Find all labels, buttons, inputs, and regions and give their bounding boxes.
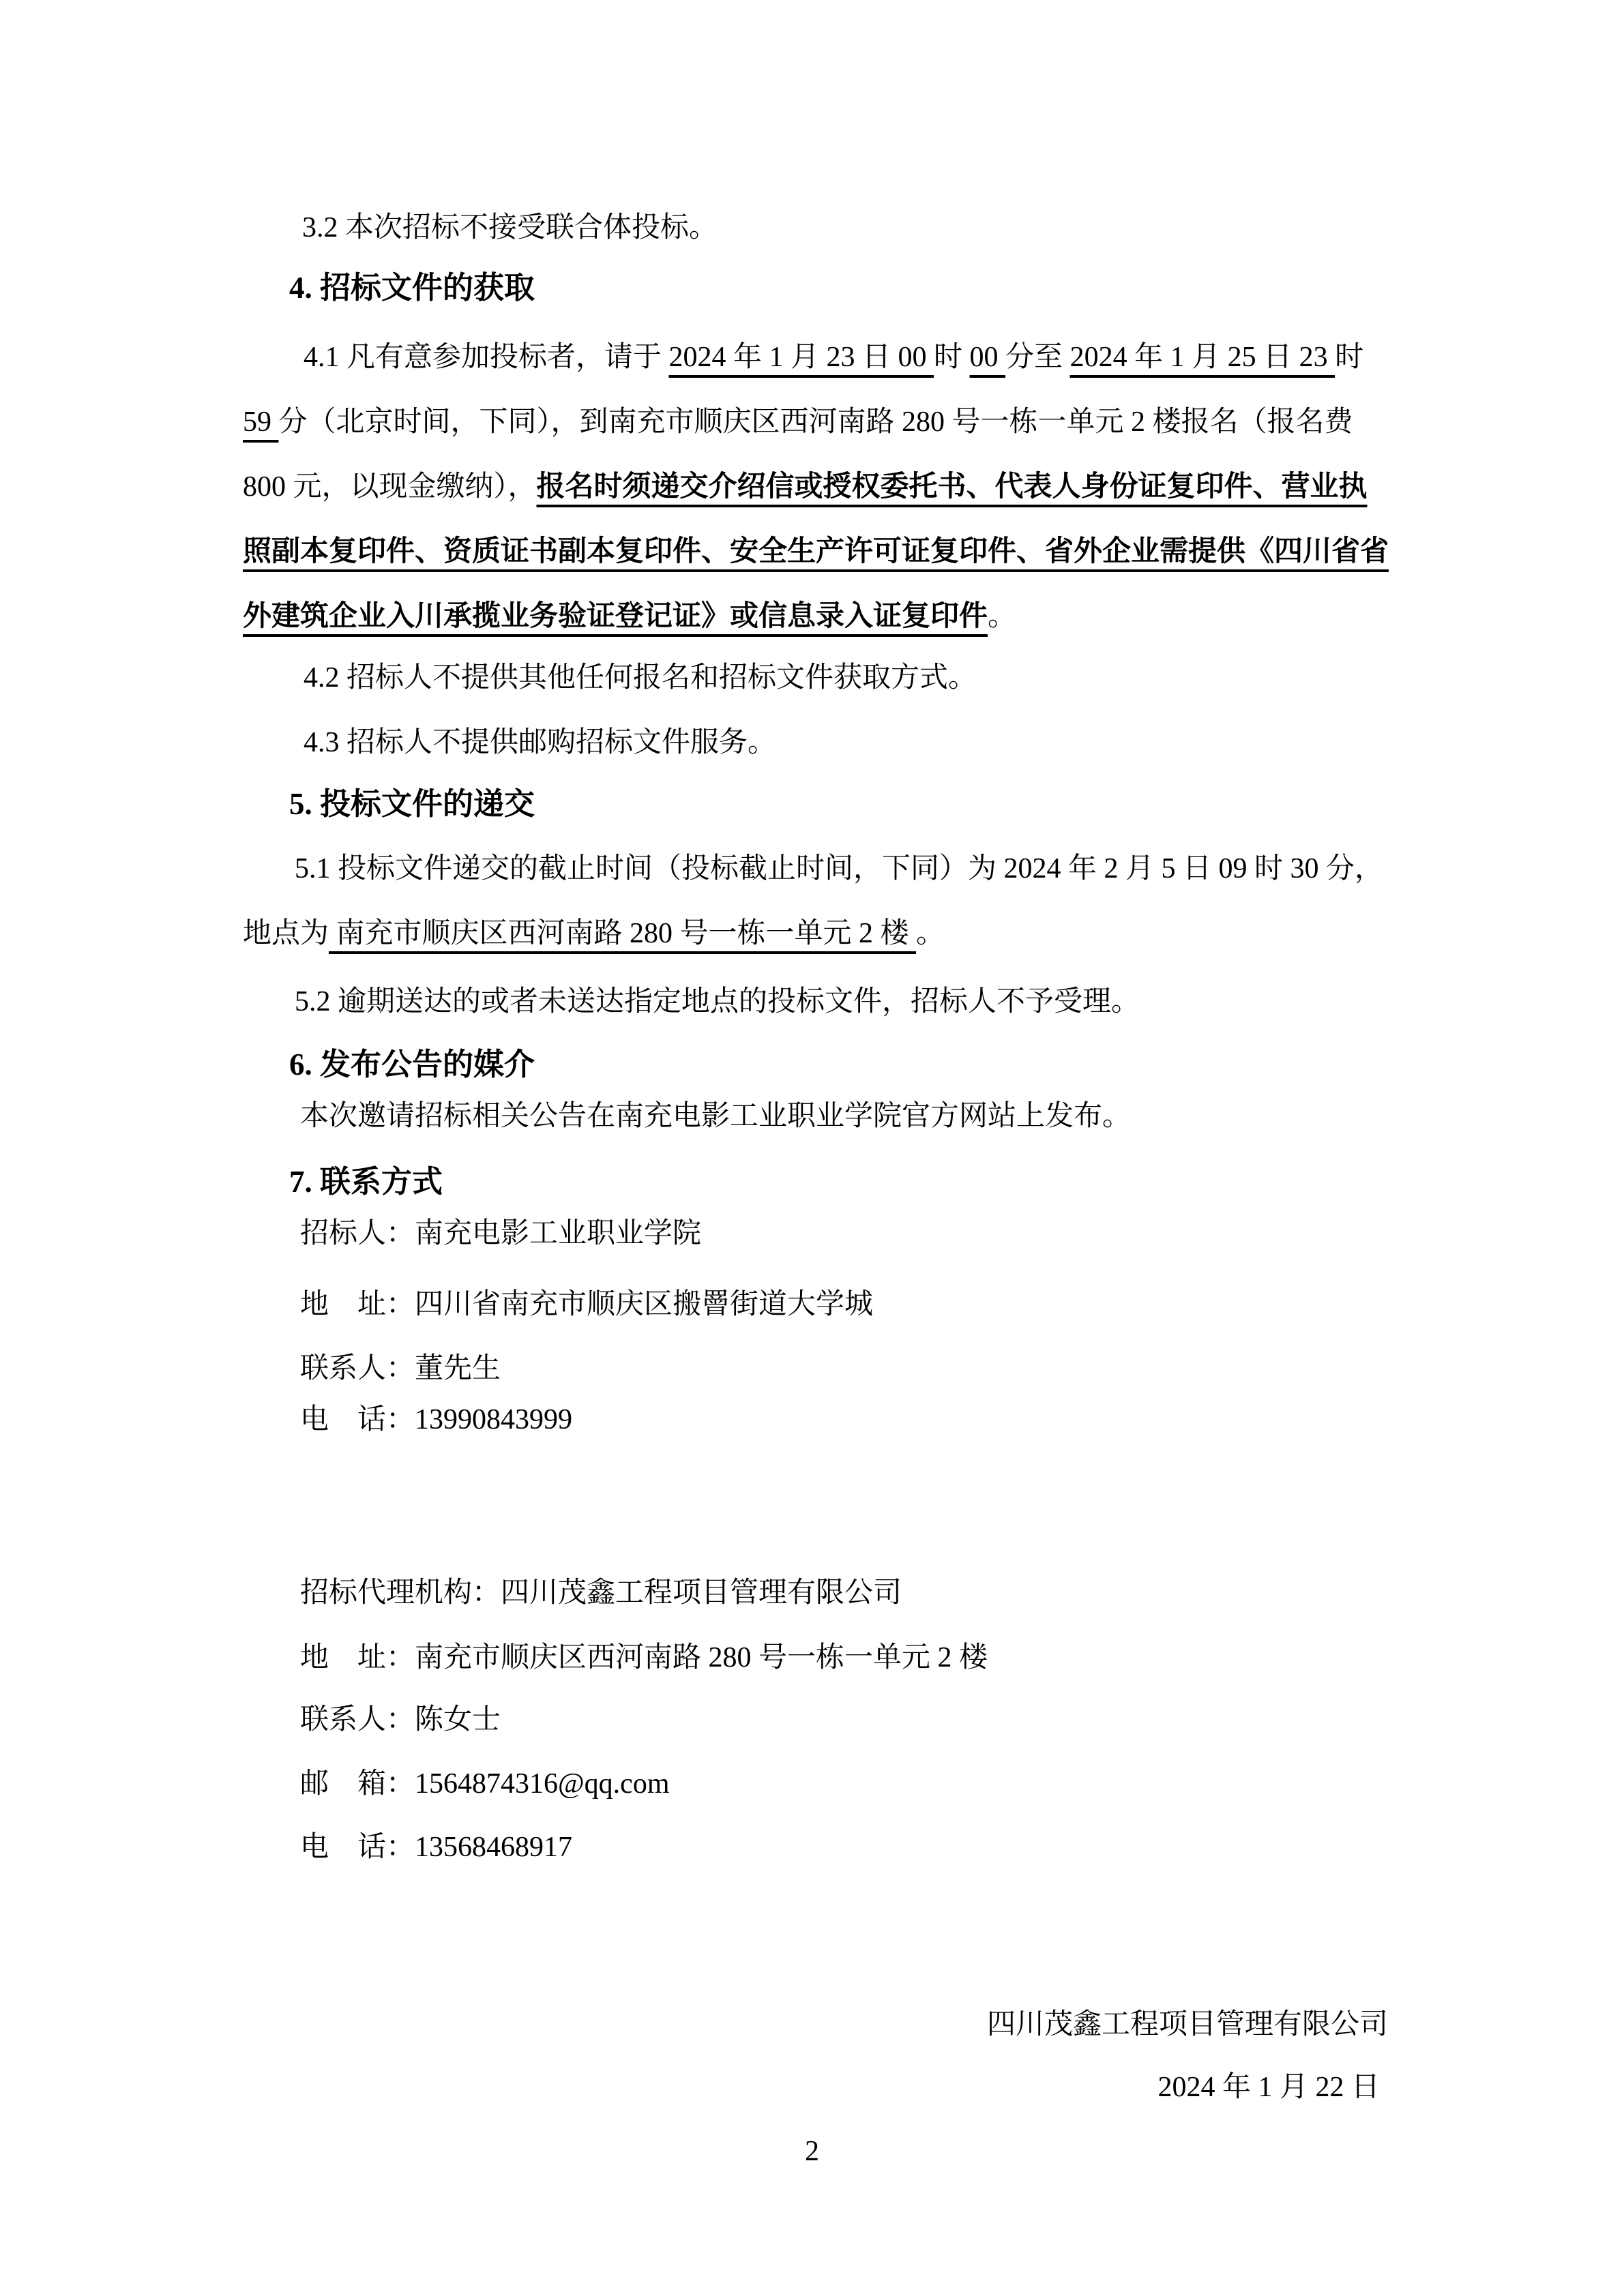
heading-7-contact-information: 7. 联系方式: [289, 1162, 443, 1202]
heading-6-announcement-media: 6. 发布公告的媒介: [289, 1045, 535, 1085]
required-documents-emphasis-part3: 外建筑企业入川承揽业务验证登记证》或信息录入证复印件: [243, 601, 988, 632]
clause-4-1-line3: 800 元，以现金缴纳），报名时须递交介绍信或授权委托书、代表人身份证复印件、营…: [243, 468, 1368, 506]
page-number: 2: [0, 2133, 1624, 2171]
agency-contact-line: 联系人：陈女士: [300, 1701, 501, 1739]
clause-5-1-line2: 地点为 南充市顺庆区西河南路 280 号一栋一单元 2 楼 。: [243, 915, 945, 953]
clause-4-1-fee-text: 800 元，以现金缴纳），: [243, 471, 537, 503]
submission-location-field: 南充市顺庆区西河南路 280 号一栋一单元 2 楼: [329, 918, 916, 949]
agency-name-line: 招标代理机构：四川茂鑫工程项目管理有限公司: [300, 1575, 902, 1612]
clause-4-1-text-before: 4.1 凡有意参加投标者，请于: [304, 342, 669, 373]
tenderee-address-line: 地 址：四川省南充市顺庆区搬罾街道大学城: [300, 1286, 873, 1324]
registration-end-minute-field: 59: [243, 406, 279, 438]
clause-4-1-text-after: 时: [1335, 342, 1363, 373]
tenderee-contact-line: 联系人：董先生: [300, 1350, 501, 1388]
required-documents-emphasis-part1: 报名时须递交介绍信或授权委托书、代表人身份证复印件、营业执: [537, 471, 1368, 503]
agency-email-line: 邮 箱：1564874316@qq.com: [300, 1765, 670, 1803]
clause-3-2: 3.2 本次招标不接受联合体投标。: [302, 209, 718, 247]
agency-address-line: 地 址：南充市顺庆区西河南路 280 号一栋一单元 2 楼: [300, 1639, 988, 1677]
registration-end-datetime-field: 2024 年 1 月 25 日 23: [1070, 342, 1335, 373]
agency-phone-line: 电 话：13568468917: [300, 1829, 572, 1866]
signature-company: 四川茂鑫工程项目管理有限公司: [987, 2006, 1388, 2044]
clause-4-3: 4.3 招标人不提供邮购招标文件服务。: [304, 724, 776, 762]
clause-4-1-hour-label: 时: [934, 342, 970, 373]
clause-4-1-period: 。: [988, 601, 1016, 632]
registration-start-minute-field: 00: [970, 342, 1006, 373]
signature-date: 2024 年 1 月 22 日: [1157, 2069, 1380, 2106]
tenderee-name-line: 招标人：南充电影工业职业学院: [300, 1215, 701, 1253]
registration-start-datetime-field: 2024 年 1 月 23 日 00: [669, 342, 934, 373]
clause-4-2: 4.2 招标人不提供其他任何报名和招标文件获取方式。: [304, 659, 977, 697]
clause-4-1-line5: 外建筑企业入川承揽业务验证登记证》或信息录入证复印件。: [243, 598, 1016, 636]
clause-4-1-line2-text: 分（北京时间，下同），到南充市顺庆区西河南路 280 号一栋一单元 2 楼报名（…: [279, 406, 1353, 438]
heading-4-obtaining-bid-documents: 4. 招标文件的获取: [289, 268, 535, 308]
clause-5-1: 5.1 投标文件递交的截止时间（投标截止时间，下同）为 2024 年 2 月 5…: [295, 850, 1383, 888]
clause-5-1-location-label: 地点为: [243, 918, 329, 949]
heading-5-submission-of-bids: 5. 投标文件的递交: [289, 784, 535, 824]
document-page: 3.2 本次招标不接受联合体投标。 4. 招标文件的获取 4.1 凡有意参加投标…: [0, 0, 1624, 2296]
clause-4-1-line1: 4.1 凡有意参加投标者，请于 2024 年 1 月 23 日 00 时 00 …: [304, 339, 1363, 376]
tenderee-phone-line: 电 话：13990843999: [300, 1401, 572, 1439]
required-documents-emphasis-part2: 照副本复印件、资质证书副本复印件、安全生产许可证复印件、省外企业需提供《四川省省: [243, 536, 1389, 567]
clause-4-1-minute-to-label: 分至: [1005, 342, 1070, 373]
clause-4-1-line4: 照副本复印件、资质证书副本复印件、安全生产许可证复印件、省外企业需提供《四川省省: [243, 533, 1389, 571]
clause-5-2: 5.2 逾期送达的或者未送达指定地点的投标文件，招标人不予受理。: [295, 983, 1140, 1021]
clause-4-1-line2: 59 分（北京时间，下同），到南充市顺庆区西河南路 280 号一栋一单元 2 楼…: [243, 404, 1353, 441]
clause-5-1-period: 。: [916, 918, 945, 949]
clause-6-body: 本次邀请招标相关公告在南充电影工业职业学院官方网站上发布。: [300, 1098, 1131, 1135]
